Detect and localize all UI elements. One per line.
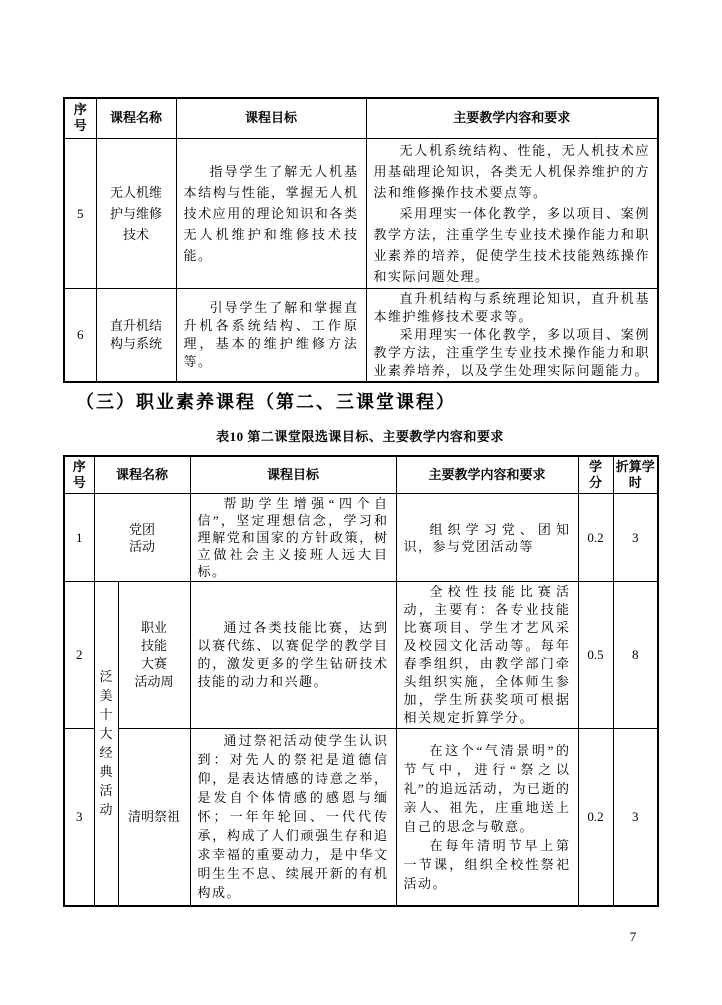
row-number-cell: 5 [64,138,96,288]
table-row: 1 党团 活动 帮助学生增强“四个自信”，坚定理想信念，学习和理解党和国家的方针… [64,494,658,582]
course-goal-cell: 通过祭祀活动使学生认识到：对先人的祭祀是道德信仰，是表达情感的诗意之举，是发自个… [190,729,396,906]
hours-cell: 3 [613,729,658,906]
paragraph: 在每年清明节早上第一节课，组织全校性祭祀活动。 [404,836,571,893]
header-label: 序号 [71,459,87,491]
paragraph: 采用理实一体化教学，多以项目、案例教学方法，注重学生专业技术操作能力和职业素养的… [374,203,651,287]
course-goal-cell: 引导学生了解和掌握直升机各系统结构、工作原理，基本的维护维修方法等。 [176,288,366,382]
header-cell-converted-hours: 折算学时 [613,456,658,494]
table-row: 5 无人机维 护与维修 技术 指导学生了解无人机基本结构与性能，掌握无人机技术应… [64,138,658,288]
credit-cell: 0.2 [578,494,613,582]
course-table-electives: 序号 课程名称 课程目标 主要教学内容和要求 学分 折算学时 1 党团 活动 帮… [63,455,659,907]
header-cell-course-name: 课程名称 [96,98,176,138]
course-name-cell: 直升机结 构与系统 [96,288,176,382]
course-goal-cell: 帮助学生增强“四个自信”，坚定理想信念，学习和理解党和国家的方针政策，树立做社会… [190,494,396,582]
course-name-cell: 清明祭祖 [118,729,190,906]
table-caption: 表10 第二课堂限选课目标、主要教学内容和要求 [63,426,657,445]
teaching-content-cell: 全校性技能比赛活动，主要有：各专业技能比赛项目、学生才艺风采及校园文化活动等。每… [396,582,578,729]
hours-cell: 3 [613,494,658,582]
table-header-row: 序号 课程名称 课程目标 主要教学内容和要求 [64,98,658,138]
course-name-cell: 党团 活动 [94,494,190,582]
header-cell-teaching-content: 主要教学内容和要求 [396,456,578,494]
course-name-cell: 无人机维 护与维修 技术 [96,138,176,288]
paragraph: 指导学生了解无人机基本结构与性能，掌握无人机技术应用的理论知识和各类无人机维护和… [184,161,359,266]
row-number-cell: 1 [64,494,94,582]
row-number-cell: 3 [64,729,94,906]
hours-cell: 8 [613,582,658,729]
paragraph: 引导学生了解和掌握直升机各系统结构、工作原理，基本的维护维修方法等。 [184,299,359,371]
document-page: 序号 课程名称 课程目标 主要教学内容和要求 5 无人机维 护与维修 技术 指导… [0,0,722,1005]
header-cell-course-goal: 课程目标 [176,98,366,138]
course-group-label: 泛美十大经典活动 [99,667,113,819]
paragraph: 在这个“气清景明”的节气中，进行“祭之以礼”的追远活动，为已逝的亲人、祖先，庄重… [404,741,571,836]
header-cell-credit: 学分 [578,456,613,494]
page-number: 7 [621,929,645,945]
paragraph: 组织学习党、团知识，参与党团活动等 [404,521,571,555]
header-label: 序号 [72,102,88,134]
credit-cell: 0.5 [578,582,613,729]
paragraph: 无人机系统结构、性能，无人机技术应用基础理论知识，各类无人机保养维护的方法和维修… [374,140,651,203]
course-goal-cell: 指导学生了解无人机基本结构与性能，掌握无人机技术应用的理论知识和各类无人机维护和… [176,138,366,288]
paragraph: 直升机结构与系统理论知识，直升机基本维护维修技术要求等。 [374,290,651,326]
course-name-cell: 职业 技能 大赛 活动周 [118,582,190,729]
table-row: 2 泛美十大经典活动 职业 技能 大赛 活动周 通过各类技能比赛，达到以赛代练、… [64,582,658,729]
paragraph: 帮助学生增强“四个自信”，坚定理想信念，学习和理解党和国家的方针政策，树立做社会… [198,495,389,580]
paragraph: 通过祭祀活动使学生认识到：对先人的祭祀是道德信仰，是表达情感的诗意之举，是发自个… [198,731,389,902]
table-row: 6 直升机结 构与系统 引导学生了解和掌握直升机各系统结构、工作原理，基本的维护… [64,288,658,382]
header-cell-no: 序号 [64,456,94,494]
section-heading: （三）职业素养课程（第二、三课堂课程） [76,388,456,414]
course-group-cell: 泛美十大经典活动 [94,582,118,906]
row-number-cell: 6 [64,288,96,382]
teaching-content-cell: 在这个“气清景明”的节气中，进行“祭之以礼”的追远活动，为已逝的亲人、祖先，庄重… [396,729,578,906]
teaching-content-cell: 无人机系统结构、性能，无人机技术应用基础理论知识，各类无人机保养维护的方法和维修… [366,138,658,288]
credit-cell: 0.2 [578,729,613,906]
table-row: 3 清明祭祖 通过祭祀活动使学生认识到：对先人的祭祀是道德信仰，是表达情感的诗意… [64,729,658,906]
header-cell-teaching-content: 主要教学内容和要求 [366,98,658,138]
teaching-content-cell: 直升机结构与系统理论知识，直升机基本维护维修技术要求等。 采用理实一体化教学，多… [366,288,658,382]
row-number-cell: 2 [64,582,94,729]
header-label: 学分 [588,459,604,491]
paragraph: 全校性技能比赛活动，主要有：各专业技能比赛项目、学生才艺风采及校园文化活动等。每… [404,583,571,727]
course-goal-cell: 通过各类技能比赛，达到以赛代练、以赛促学的教学目的，激发更多的学生钻研技术技能的… [190,582,396,729]
paragraph: 通过各类技能比赛，达到以赛代练、以赛促学的教学目的，激发更多的学生钻研技术技能的… [198,619,389,691]
header-cell-no: 序号 [64,98,96,138]
table-header-row: 序号 课程名称 课程目标 主要教学内容和要求 学分 折算学时 [64,456,658,494]
header-cell-course-goal: 课程目标 [190,456,396,494]
header-cell-course-name: 课程名称 [94,456,190,494]
course-table-upper: 序号 课程名称 课程目标 主要教学内容和要求 5 无人机维 护与维修 技术 指导… [63,97,659,383]
teaching-content-cell: 组织学习党、团知识，参与党团活动等 [396,494,578,582]
paragraph: 采用理实一体化教学，多以项目、案例教学方法，注重学生专业技术操作能力和职业素养培… [374,326,651,380]
